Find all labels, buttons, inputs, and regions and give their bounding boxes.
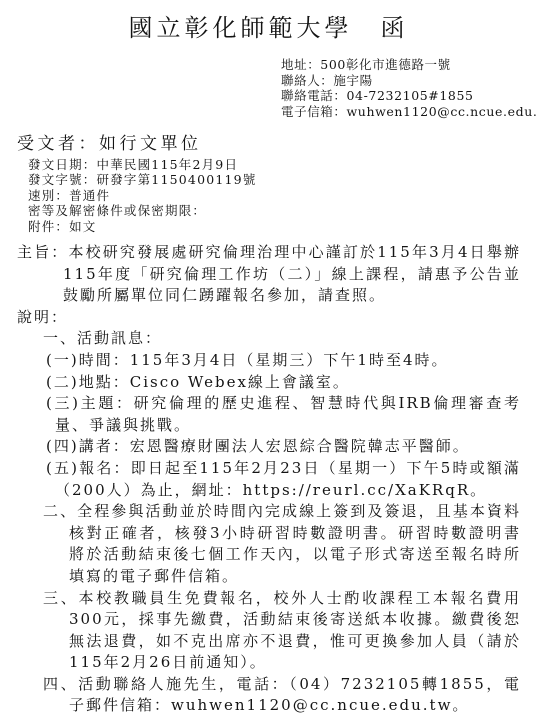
meta-security: 密等及解密條件或保密期限： [28, 203, 257, 218]
item-2-label: 二、 [43, 502, 77, 520]
subitem-time-text: 時間：115年3月4日（星期三）下午1時至4時。 [79, 351, 449, 369]
explanation-item-2: 二、全程參與活動並於時間內完成線上簽到及簽退，且基本資料核對正確者，核發3小時研… [43, 501, 521, 587]
subitem-registration: (五)報名：即日起至115年2月23日（星期一）下午5時或額滿（200人）為止，… [46, 458, 521, 501]
subitem-location: (二)地點：Cisco Webex線上會議室。 [46, 372, 521, 394]
item-1-label: 一、 [43, 329, 77, 347]
subitem-topic-label: (三) [46, 394, 80, 412]
subitem-topic: (三)主題：研究倫理的歷史進程、智慧時代與IRB倫理審查考量、爭議與挑戰。 [46, 393, 521, 436]
item-3-label: 三、 [43, 589, 78, 607]
subitem-location-label: (二) [46, 373, 79, 391]
contact-phone: 聯絡電話：04-7232105#1855 [281, 88, 537, 104]
subitem-registration-text: 報名：即日起至115年2月23日（星期一）下午5時或額滿（200人）為止，網址：… [55, 459, 521, 499]
meta-speed: 速別：普通件 [28, 188, 257, 203]
subject-text: 本校研究發展處研究倫理治理中心謹訂於115年3月4日舉辦115年度「研究倫理工作… [63, 243, 521, 304]
document-title: 國立彰化師範大學 函 [0, 8, 537, 43]
meta-doc-number: 發文字號：研發字第1150400119號 [28, 172, 257, 187]
item-1-text: 活動訊息： [77, 329, 162, 347]
official-letter-page: 國立彰化師範大學 函 地址：500彰化市進德路一號 聯絡人：施宇陽 聯絡電話：0… [0, 0, 537, 727]
subitem-speaker: (四)講者：宏恩醫療財團法人宏恩綜合醫院韓志平醫師。 [46, 436, 521, 458]
subject-label: 主旨： [17, 243, 68, 261]
contact-email: 電子信箱：wuhwen1120@cc.ncue.edu.tw [281, 104, 537, 120]
subitem-registration-label: (五) [46, 459, 79, 477]
recipient-line: 受文者：如行文單位 [17, 129, 202, 154]
explanation-item-1: 一、活動訊息： [43, 328, 521, 350]
item-4-label: 四、 [43, 675, 78, 693]
meta-issue-date: 發文日期：中華民國115年2月9日 [28, 157, 257, 172]
item-2-text: 全程參與活動並於時間內完成線上簽到及簽退，且基本資料核對正確者，核發3小時研習時… [69, 502, 521, 585]
explanation-item-3: 三、本校教職員生免費報名，校外人士酌收課程工本報名費用300元，採事先繳費，活動… [43, 588, 521, 674]
letter-body: 主旨：本校研究發展處研究倫理治理中心謹訂於115年3月4日舉辦115年度「研究倫… [0, 242, 521, 717]
sender-contact-block: 地址：500彰化市進德路一號 聯絡人：施宇陽 聯絡電話：04-7232105#1… [281, 57, 537, 119]
explanation-heading: 說明： [17, 307, 521, 329]
item-3-text: 本校教職員生免費報名，校外人士酌收課程工本報名費用300元，採事先繳費，活動結束… [69, 589, 521, 672]
contact-person: 聯絡人：施宇陽 [281, 73, 537, 89]
subitem-time: (一)時間：115年3月4日（星期三）下午1時至4時。 [46, 350, 521, 372]
subitem-speaker-text: 講者：宏恩醫療財團法人宏恩綜合醫院韓志平醫師。 [79, 437, 470, 455]
explanation-item-4: 四、活動聯絡人施先生，電話：（04）7232105轉1855，電子郵件信箱：wu… [43, 674, 521, 717]
subitem-time-label: (一) [46, 351, 79, 369]
subitem-location-text: 地點：Cisco Webex線上會議室。 [79, 373, 350, 391]
subitem-topic-text: 主題：研究倫理的歷史進程、智慧時代與IRB倫理審查考量、爭議與挑戰。 [55, 394, 521, 434]
contact-address: 地址：500彰化市進德路一號 [281, 57, 537, 73]
subject-paragraph: 主旨：本校研究發展處研究倫理治理中心謹訂於115年3月4日舉辦115年度「研究倫… [17, 242, 521, 307]
subitem-speaker-label: (四) [46, 437, 79, 455]
document-meta-block: 發文日期：中華民國115年2月9日 發文字號：研發字第1150400119號 速… [28, 157, 257, 234]
item-4-text: 活動聯絡人施先生，電話：（04）7232105轉1855，電子郵件信箱：wuhw… [69, 675, 521, 715]
meta-attachment: 附件：如文 [28, 219, 257, 234]
